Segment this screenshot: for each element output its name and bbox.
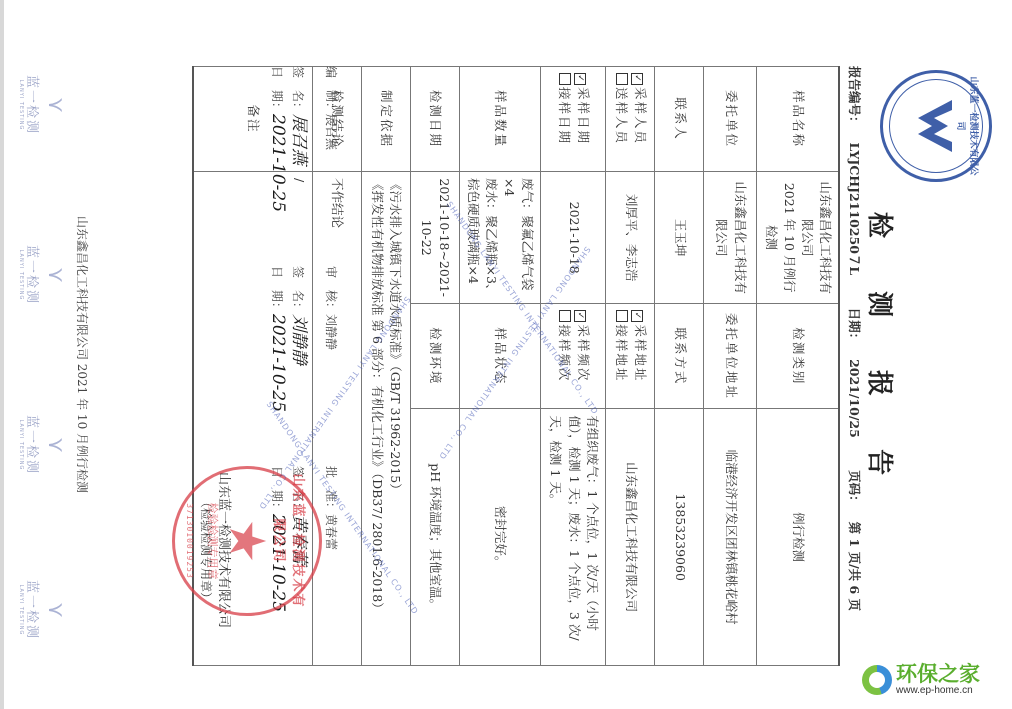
client-label: 委托单位 <box>704 67 757 172</box>
sampling-date: 2021-10-18 <box>541 172 606 304</box>
lanyi-logo-icon: ⋎ <box>43 230 67 320</box>
sample-name-label: 样品名称 <box>757 67 839 172</box>
footer-logo: ⋎ 蓝一检测 LANYI TESTING <box>18 60 67 150</box>
test-category: 例行检测 <box>757 409 839 666</box>
site-options: ✓采样地址 接样地址 <box>606 304 655 409</box>
frequency: 有组织废气：1 个点位，1 次/天（小时值），检测 1 天；废水：1 个点位，3… <box>541 409 606 666</box>
site: 山东鑫昌化工科技有限公司 <box>606 409 655 666</box>
table-row: ✓采样人员 送样人员 刘厚平、李志浩 ✓采样地址 接样地址 山东鑫昌化工科技有限… <box>606 67 655 666</box>
basis-label: 制定依据 <box>362 67 411 172</box>
date-options: ✓采样日期 接样日期 <box>541 67 606 172</box>
report-page: 页码：第 1 页/共 6 页 <box>847 470 862 625</box>
star-icon: ★ <box>222 519 272 564</box>
checkbox-empty-icon <box>617 73 629 85</box>
report-title: 检 测 报 告 <box>863 0 900 709</box>
table-row: 样品名称 山东鑫昌化工科技有限公司 2021 年 10 月例行检测 检测类别 例… <box>757 67 839 666</box>
checkbox-checked-icon: ✓ <box>574 73 586 85</box>
report-date: 日期：2021/10/25 <box>847 308 862 452</box>
site-name: 环保之家 <box>896 663 980 685</box>
sampler: 刘厚平、李志浩 <box>606 172 655 304</box>
ep-home-logo-icon <box>862 665 892 695</box>
test-category-label: 检测类别 <box>757 304 839 409</box>
stamp-subtext: 检验检测专用章 <box>205 469 221 613</box>
checkbox-checked-icon: ✓ <box>631 73 643 85</box>
contact-label: 联系人 <box>655 67 704 172</box>
basis-standard-2: 《挥发性有机物排放标准 第 6 部分：有机化工行业》（DB37/ 2801.6-… <box>368 178 386 659</box>
option-receiving-date: 接样日期 <box>555 73 573 165</box>
site-url: www.ep-home.cn <box>896 685 980 697</box>
contact-method: 13853239060 <box>655 409 704 666</box>
lanyi-logo-icon: ⋎ <box>43 565 67 655</box>
compiler-name: 展召燕 <box>324 114 338 150</box>
sample-state: 密封完好。 <box>460 409 542 666</box>
table-row: 联系人 王玉坤 联系方式 13853239060 <box>655 67 704 666</box>
test-date-label: 检测日期 <box>411 67 460 172</box>
sample-name: 山东鑫昌化工科技有限公司 2021 年 10 月例行检测 <box>757 172 839 304</box>
compiler-date: 2021-10-25 <box>268 114 288 212</box>
approver-name: 黄春蕾 <box>324 514 338 550</box>
reviewer-date: 2021-10-25 <box>268 314 288 412</box>
reviewer-block: 审 核：刘静静 签 名：刘静静 日 期：2021-10-25 <box>262 266 340 466</box>
table-row: 检测日期 2021-10-18~2021-10-22 检测环境 pH 环境温度；… <box>411 67 460 666</box>
contact: 王玉坤 <box>655 172 704 304</box>
checkbox-empty-icon <box>617 310 629 322</box>
client: 山东鑫昌化工科技有限公司 <box>704 172 757 304</box>
report-meta: 报告编号：LYJCHJ2110250７L 日期：2021/10/25 页码：第 … <box>846 66 864 669</box>
seal-logo-text: 山东蓝一检测技术有限公司 <box>955 73 981 179</box>
option-sampling-site: ✓采样地址 <box>631 310 649 402</box>
report-page: 山东蓝一检测技术有限公司 检 测 报 告 报告编号：LYJCHJ2110250７… <box>0 0 1012 709</box>
site-logo[interactable]: 环保之家 www.ep-home.cn <box>862 657 1002 703</box>
compiler-block: 编 制：展召燕 签 名：展召燕 日 期：2021-10-25 <box>262 66 340 266</box>
option-receiving-site: 接样地址 <box>612 310 630 402</box>
document-viewport: 山东蓝一检测技术有限公司 检 测 报 告 报告编号：LYJCHJ2110250７… <box>0 0 1012 709</box>
lanyi-logo-icon: ⋎ <box>43 400 67 490</box>
checkbox-empty-icon <box>560 73 572 85</box>
footer-logo: ⋎ 蓝一检测 LANYI TESTING <box>18 400 67 490</box>
footer-text: 山东鑫昌化工科技有限公司 2021 年 10 月例行检测 <box>74 0 91 709</box>
sampler-options: ✓采样人员 送样人员 <box>606 67 655 172</box>
compiler-signature: 展召燕 <box>289 114 309 165</box>
footer-logo: ⋎ 蓝一检测 LANYI TESTING <box>18 230 67 320</box>
sample-qty-label: 样品数量 <box>460 67 542 172</box>
reviewer-name: 刘静静 <box>324 314 338 350</box>
option-sender: 送样人员 <box>612 73 630 165</box>
lanyi-logo-icon: ⋎ <box>43 60 67 150</box>
test-env-label: 检测环境 <box>411 304 460 409</box>
option-sampler: ✓采样人员 <box>631 73 649 165</box>
stamp-number: 3713010019253 <box>185 469 194 613</box>
checkbox-checked-icon: ✓ <box>631 310 643 322</box>
checkbox-empty-icon <box>560 310 572 322</box>
report-number: 报告编号：LYJCHJ2110250７L <box>847 66 862 289</box>
checkbox-checked-icon: ✓ <box>574 310 586 322</box>
table-row: ✓采样日期 接样日期 2021-10-18 ✓采样频次 接样频次 有组织废气：1… <box>541 67 606 666</box>
option-sampling-date: ✓采样日期 <box>574 73 592 165</box>
reviewer-signature: 刘静静 <box>289 314 309 365</box>
table-row: 委托单位 山东鑫昌化工科技有限公司 委托单位地址 临港经济开发区团林镇桃花峪村 <box>704 67 757 666</box>
footer-logo: ⋎ 蓝一检测 LANYI TESTING <box>18 565 67 655</box>
test-date: 2021-10-18~2021-10-22 <box>411 172 460 304</box>
contact-method-label: 联系方式 <box>655 304 704 409</box>
client-address-label: 委托单位地址 <box>704 304 757 409</box>
client-address: 临港经济开发区团林镇桃花峪村 <box>704 409 757 666</box>
official-red-stamp: 山东蓝一检测技术有限公司 ★ 检验检测专用章 3713010019253 <box>172 466 322 616</box>
